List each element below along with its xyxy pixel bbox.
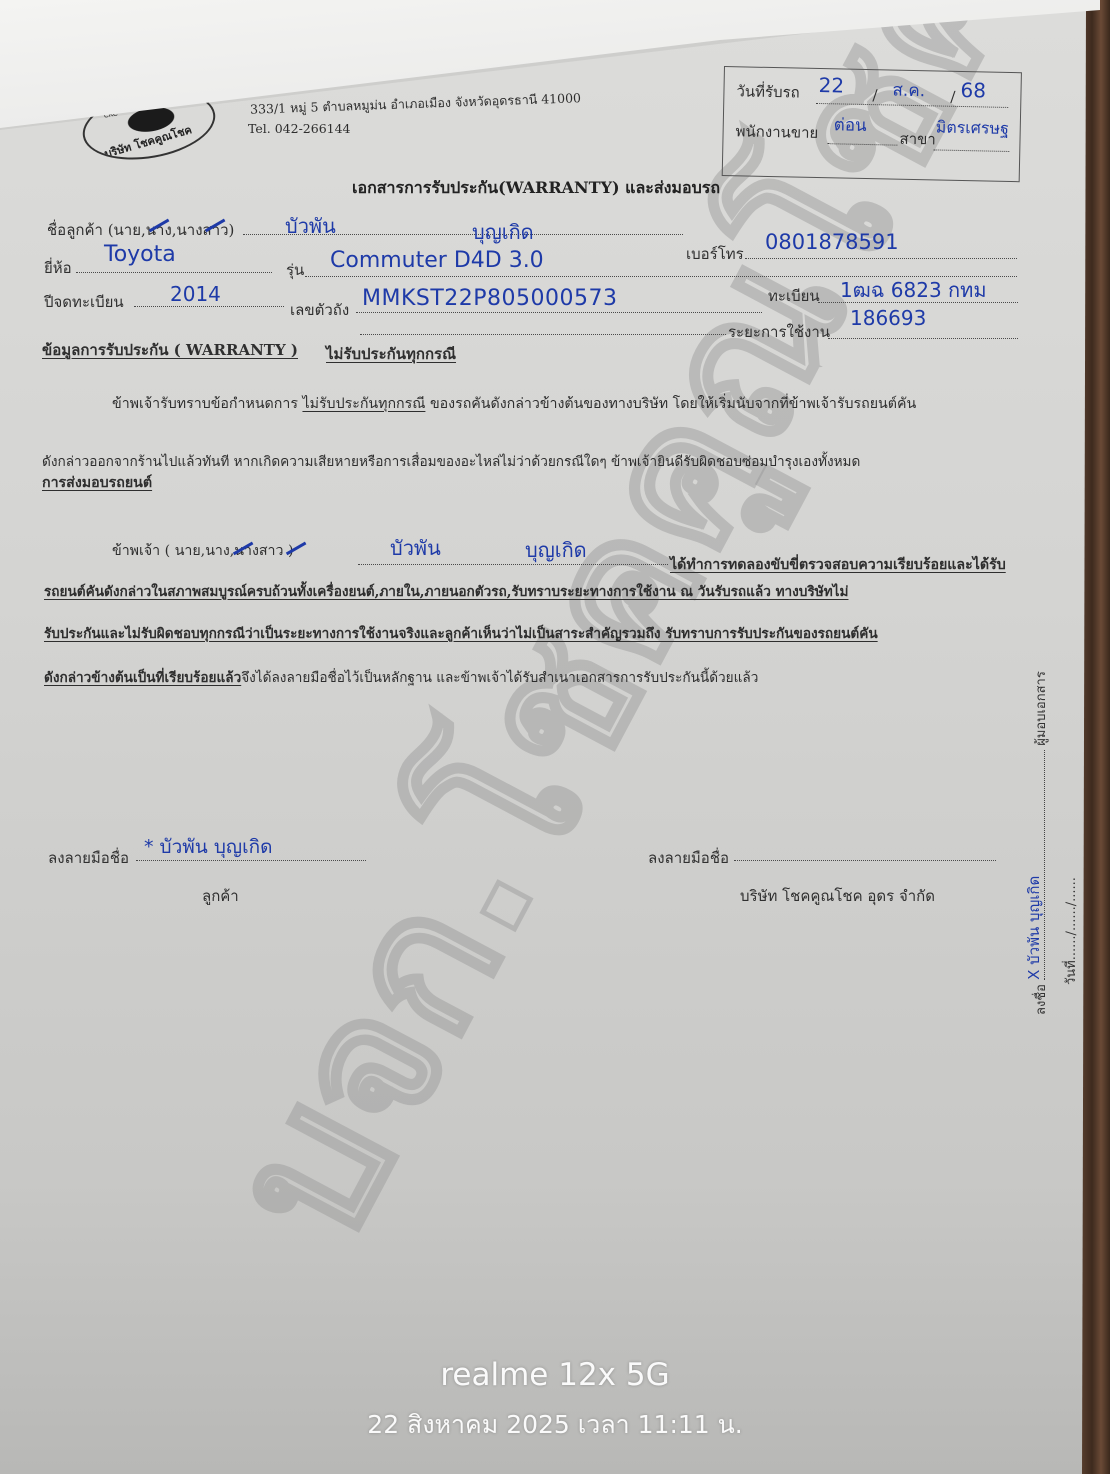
company-sign-line [734,860,996,861]
mileage-label: ระยะการใช้งาน [728,320,830,344]
mileage-leader-line [360,334,726,335]
warranty-paragraph-line2: ดังกล่าวออกจากร้านไปแล้วทันที หากเกิดควา… [42,450,860,472]
p1-text-c: ของรถคันดังกล่าวข้างต้นของทางบริษัท โดยใ… [430,396,916,412]
receive-day: 22 [818,73,844,98]
vin-line [356,312,762,313]
delivery-intro: ข้าพเจ้า ( นาย,นาง,นางสาว ) [112,540,294,562]
company-sign-label: ลงลายมือชื่อ [648,846,729,870]
brand-label: ยี่ห้อ [44,256,72,280]
customer-sign-label: ลงลายมือชื่อ [48,846,129,870]
camera-device-watermark: realme 12x 5G [0,1357,1110,1393]
branch-value: มิตรเศรษฐ [935,115,1009,142]
p1-text-a: ข้าพเจ้ารับทราบข้อกำหนดการ [112,396,298,412]
document-title: เอกสารการรับประกัน(WARRANTY) และส่งมอบรถ [352,176,720,201]
side-note-date-blank: ....../....../...... [1064,877,1079,960]
delivery-line1-end: ได้ทำการทดลองขับขี่ตรวจสอบความเรียบร้อยแ… [670,554,1006,576]
salesperson-value: ต่อน [834,111,867,139]
receipt-box: วันที่รับรถ / / 22 ส.ค. 68 พนักงานขาย ต่… [722,66,1022,182]
model-label: รุ่น [286,258,304,282]
delivery-last-name: บุญเกิด [525,534,587,566]
customer-first-name: บัวพัน [285,210,336,242]
reg-year-label: ปีจดทะเบียน [44,290,124,314]
customer-role: ลูกค้า [202,884,239,908]
side-note-signature: X บัวพัน บุญเกิด [1022,876,1046,980]
side-note-date-label: วันที่ [1064,960,1079,985]
mileage-line [828,338,1018,339]
warranty-paragraph-line1: ข้าพเจ้ารับทราบข้อกำหนดการ ไม่รับประกันท… [112,393,916,415]
side-note-date: วันที่....../....../...... [1060,877,1081,985]
delivery-first-name: บัวพัน [390,532,441,564]
p1-no-warranty: ไม่รับประกันทุกกรณี [302,396,425,412]
plate-value: 1ฒฉ 6823 กทม [840,274,987,306]
delivery-line3: รับประกันและไม่รับผิดชอบทุกกรณีว่าเป็นระ… [44,622,878,644]
camera-timestamp: 22 สิงหาคม 2025 เวลา 11:11 น. [0,1405,1110,1445]
model-value: Commuter D4D 3.0 [330,248,544,273]
branch-label: สาขา [899,127,936,152]
side-note-sign-label: ลงชื่อ [1034,984,1049,1015]
reg-year-line [134,306,284,307]
phone-label: เบอร์โทร [686,242,744,266]
plate-label: ทะเบียน [768,284,820,308]
brand-value: Toyota [104,242,176,267]
company-tel: Tel. 042-266144 [248,121,351,136]
side-note-role: ผู้มอบเอกสาร [1034,671,1049,746]
receive-year: 68 [960,78,986,103]
side-note-sign: ลงชื่อ X บัวพัน บุญเกิด ผู้มอบเอกสาร [1030,671,1051,1015]
customer-signature: * บัวพัน บุญเกิด [144,832,272,862]
customer-last-name: บุญเกิด [472,216,534,248]
brand-line [76,272,272,273]
date-slash-1: / [872,86,877,104]
salesperson-label: พนักงานขาย [735,119,818,145]
side-note-sign-line: X บัวพัน บุญเกิด [1044,750,1045,980]
phone-line [745,258,1017,259]
delivery-line4-underlined: ดังกล่าวข้างต้นเป็นที่เรียบร้อยแล้ว [44,670,241,686]
warranty-heading: ข้อมูลการรับประกัน ( WARRANTY ) [42,338,298,362]
delivery-name-line [358,564,668,565]
warranty-status: ไม่รับประกันทุกกรณี [326,342,456,366]
delivery-line4: ดังกล่าวข้างต้นเป็นที่เรียบร้อยแล้วจึงได… [44,666,758,688]
company-role: บริษัท โชคคูณโชค อุดร จำกัด [740,884,935,908]
delivery-line4-rest: จึงได้ลงลายมือชื่อไว้เป็นหลักฐาน และข้าพ… [241,670,758,686]
vin-label: เลขตัวถัง [290,298,349,322]
mileage-value: 186693 [850,306,926,330]
phone-value: 0801878591 [765,230,899,254]
delivery-heading: การส่งมอบรถยนต์ [42,472,152,494]
receive-month: ส.ค. [892,77,925,105]
vin-value: MMKST22P805000573 [362,286,618,311]
delivery-line2: รถยนต์คันดังกล่าวในสภาพสมบูรณ์ครบถ้วนทั้… [44,580,848,602]
reg-year-value: 2014 [170,282,221,306]
date-slash-2: / [950,88,955,106]
receive-date-label: วันที่รับรถ [736,79,800,104]
